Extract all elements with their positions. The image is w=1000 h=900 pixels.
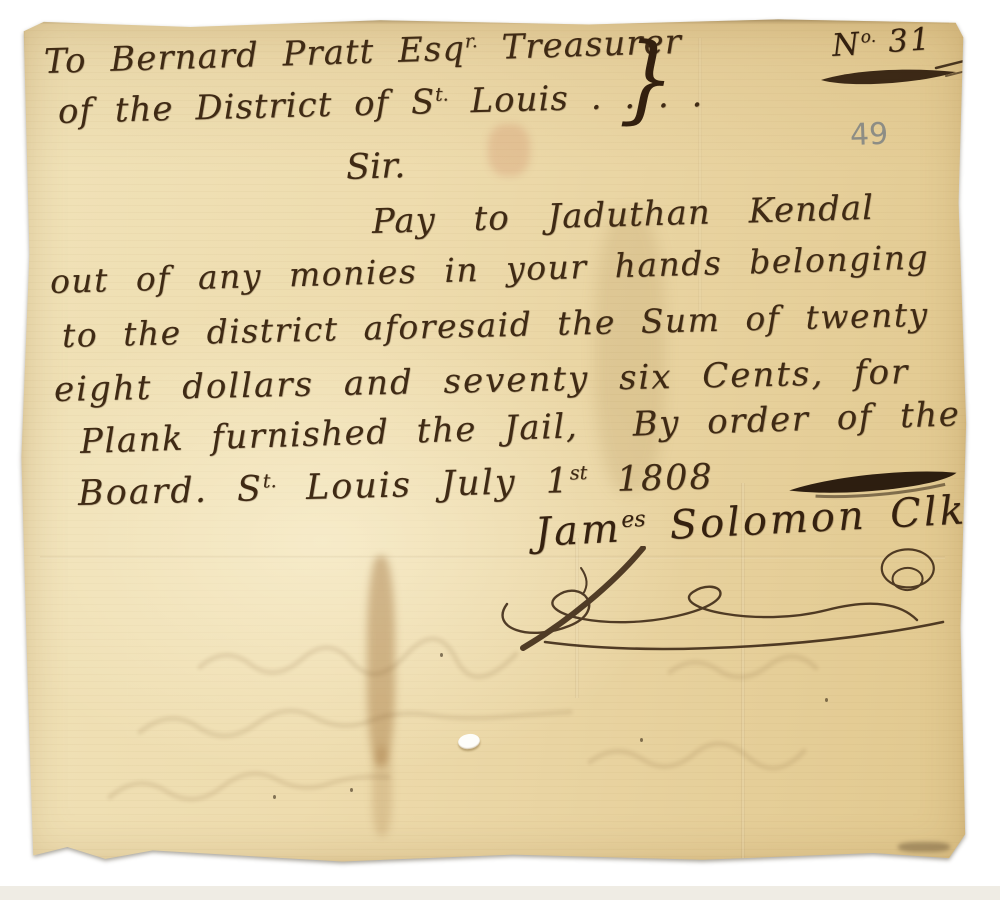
district-line: of the District of St. Louis . . . .: [57, 75, 703, 132]
address-line-superscript: r.: [464, 31, 477, 52]
date-line-superscript: st: [569, 461, 587, 484]
document-number-superscript: o.: [860, 27, 877, 48]
document-scan: To Bernard Pratt Esqr. Treasurer of the …: [0, 0, 1000, 900]
date-line-superscript: t.: [262, 469, 276, 492]
paper-left-edge-shadow: [20, 24, 25, 380]
district-line-text: of the District of S: [57, 82, 435, 132]
date-line-text: Louis July 1: [276, 461, 570, 509]
body-line: to the district aforesaid the Sum of twe…: [62, 295, 930, 355]
body-line: out of any monies in your hands belongin…: [49, 237, 929, 301]
red-stain: [488, 124, 530, 176]
body-line: Pay to Jaduthan Kendal: [371, 188, 874, 242]
document-number-value: 31: [875, 21, 933, 61]
paper-surface: To Bernard Pratt Esqr. Treasurer of the …: [20, 16, 968, 864]
salutation: Sir.: [345, 146, 406, 188]
signature-flourish: [485, 546, 963, 656]
address-line-text: To Bernard Pratt Esq: [43, 29, 465, 82]
date-line-text: Board. S: [77, 469, 263, 514]
address-line: To Bernard Pratt Esqr. Treasurer: [43, 22, 682, 82]
pencil-archive-number: 49: [849, 117, 888, 153]
scanner-bed-strip: [0, 886, 1000, 900]
paper-top-edge-shadow: [29, 16, 949, 24]
date-line-text: 1808: [587, 457, 714, 500]
number-underline-smear: [818, 58, 970, 94]
district-line-superscript: t.: [435, 84, 449, 105]
address-brace: }: [618, 22, 676, 136]
paper-sheet: To Bernard Pratt Esqr. Treasurer of the …: [20, 16, 968, 864]
signature-superscript: es: [621, 507, 647, 533]
